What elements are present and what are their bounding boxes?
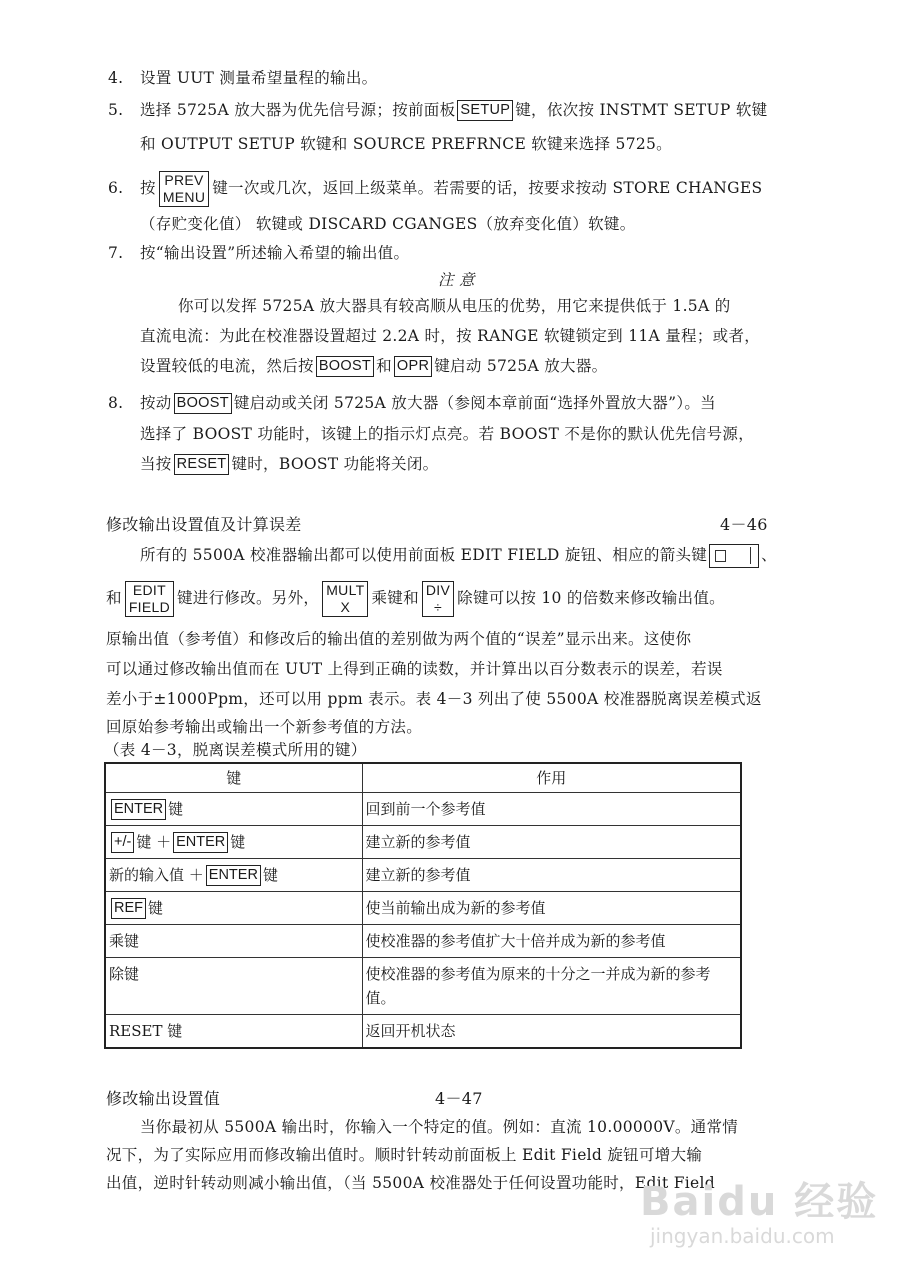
cell-text: 键 bbox=[263, 866, 278, 884]
key-cell: ENTER键 bbox=[105, 793, 362, 826]
key-label-top: DIV bbox=[426, 582, 450, 599]
para-text: 除键可以按 10 的倍数来修改输出值。 bbox=[457, 589, 725, 607]
key-label-top: PREV bbox=[163, 172, 205, 189]
step-number: 6. bbox=[108, 168, 140, 208]
keys-table: 键 作用 ENTER键 回到前一个参考值 +/-键 ＋ENTER键 建立新的参考… bbox=[104, 762, 742, 1049]
watermark-logo: Baidu 经验 bbox=[640, 1180, 878, 1224]
note-text: 键启动 5725A 放大器。 bbox=[434, 357, 607, 375]
boost-key: BOOST bbox=[316, 356, 374, 377]
section1-para2-line3: 差小于±1000Ppm，还可以用 ppm 表示。表 4－3 列出了使 5500A… bbox=[106, 687, 762, 711]
section2-line1: 当你最初从 5500A 输出时，你输入一个特定的值。例如：直流 10.00000… bbox=[140, 1115, 738, 1139]
enter-key: ENTER bbox=[206, 865, 261, 886]
key-cell: REF键 bbox=[105, 892, 362, 925]
table-row: 乘键 使校准器的参考值扩大十倍并成为新的参考值 bbox=[105, 925, 741, 958]
note-title: 注 意 bbox=[438, 268, 475, 292]
note-line-1: 你可以发挥 5725A 放大器具有较高顺从电压的优势，用它来提供低于 1.5A … bbox=[178, 294, 731, 318]
step-text: 按 bbox=[140, 179, 156, 197]
key-cell: 除键 bbox=[105, 958, 362, 1015]
cell-text: 新的输入值 ＋ bbox=[109, 866, 204, 884]
step-text: 键，依次按 INSTMT SETUP 软键 bbox=[515, 101, 767, 119]
note-text: 和 bbox=[376, 357, 392, 375]
step-6-continued: （存贮变化值） 软键或 DISCARD CGANGES（放弃变化值）软键。 bbox=[140, 212, 636, 236]
section1-para2-line2: 可以通过修改输出值而在 UUT 上得到正确的读数，并计算出以百分数表示的误差，若… bbox=[106, 657, 723, 681]
reset-key: RESET bbox=[174, 454, 230, 475]
setup-key: SETUP bbox=[457, 100, 513, 121]
step-5-continued: 和 OUTPUT SETUP 软键和 SOURCE PREFRNCE 软键来选择… bbox=[140, 132, 672, 156]
action-cell: 使校准器的参考值为原来的十分之一并成为新的参考值。 bbox=[362, 958, 741, 1015]
div-key: DIV÷ bbox=[422, 581, 454, 617]
table-row: RESET 键 返回开机状态 bbox=[105, 1015, 741, 1049]
step-5: 5.选择 5725A 放大器为优先信号源；按前面板SETUP键，依次按 INST… bbox=[108, 98, 767, 122]
cell-text: 使校准器的参考值为原来的十分之一并成为新的参考值。 bbox=[366, 965, 711, 1007]
step-8: 8.按动BOOST键启动或关闭 5725A 放大器（参阅本章前面“选择外置放大器… bbox=[108, 391, 716, 415]
section2-line3: 出值，逆时针转动则减小输出值，（当 5500A 校准器处于任何设置功能时，Edi… bbox=[106, 1171, 715, 1195]
key-label-bottom: ÷ bbox=[426, 599, 450, 616]
table-caption: （表 4－3，脱离误差模式所用的键） bbox=[104, 738, 367, 762]
step-number: 8. bbox=[108, 391, 140, 415]
action-cell: 使校准器的参考值扩大十倍并成为新的参考值 bbox=[362, 925, 741, 958]
enter-key: ENTER bbox=[173, 832, 228, 853]
section-heading: 修改输出设置值 bbox=[106, 1087, 220, 1111]
key-cell: 乘键 bbox=[105, 925, 362, 958]
step-text: 当按 bbox=[140, 455, 172, 473]
key-cell: +/-键 ＋ENTER键 bbox=[105, 826, 362, 859]
cell-text: 键 ＋ bbox=[136, 833, 171, 851]
para-text: 乘键和 bbox=[371, 589, 418, 607]
step-number: 5. bbox=[108, 98, 140, 122]
key-label-top: EDIT bbox=[129, 582, 170, 599]
step-text: 和 OUTPUT SETUP 软键和 SOURCE PREFRNCE 软键来选择… bbox=[140, 135, 672, 153]
section1-para1-line1: 所有的 5500A 校准器输出都可以使用前面板 EDIT FIELD 旋钮、相应… bbox=[140, 543, 777, 568]
prev-menu-key: PREVMENU bbox=[159, 171, 209, 207]
key-cell: RESET 键 bbox=[105, 1015, 362, 1049]
para-text: 、 bbox=[761, 546, 777, 564]
note-line-3: 设置较低的电流，然后按BOOST和OPR键启动 5725A 放大器。 bbox=[140, 354, 607, 378]
section-heading: 修改输出设置值及计算误差 bbox=[106, 513, 302, 537]
step-6: 6.按PREVMENU键一次或几次，返回上级菜单。若需要的话，按要求按动 STO… bbox=[108, 168, 762, 208]
step-text: 按动 bbox=[140, 394, 172, 412]
step-4: 4.设置 UUT 测量希望量程的输出。 bbox=[108, 66, 377, 90]
action-cell: 返回开机状态 bbox=[362, 1015, 741, 1049]
baidu-watermark: Baidu 经验 jingyan.baidu.com bbox=[640, 1180, 878, 1248]
para-text: 键进行修改。另外， bbox=[177, 589, 319, 607]
section1-para1-line2: 和EDITFIELD键进行修改。另外，MULTX乘键和DIV÷除键可以按 10 … bbox=[106, 578, 725, 618]
step-text: 设置 UUT 测量希望量程的输出。 bbox=[140, 69, 377, 87]
step-7: 7.按“输出设置”所述输入希望的输出值。 bbox=[108, 241, 409, 265]
note-text: 设置较低的电流，然后按 bbox=[140, 357, 314, 375]
opr-key: OPR bbox=[394, 356, 432, 377]
step-text: 选择 5725A 放大器为优先信号源；按前面板 bbox=[140, 101, 455, 119]
para-text: 和 bbox=[106, 589, 122, 607]
ref-key: REF bbox=[111, 898, 146, 919]
section-number: 4－47 bbox=[435, 1087, 483, 1111]
key-label-bottom: MENU bbox=[163, 189, 205, 206]
arrow-keys-icon bbox=[709, 544, 759, 568]
action-cell: 回到前一个参考值 bbox=[362, 793, 741, 826]
section2-line2: 况下，为了实际应用而修改输出值时。顺时针转动前面板上 Edit Field 旋钮… bbox=[106, 1143, 702, 1167]
step-text: （存贮变化值） 软键或 DISCARD CGANGES（放弃变化值）软键。 bbox=[140, 215, 636, 233]
action-cell: 使当前输出成为新的参考值 bbox=[362, 892, 741, 925]
step-number: 7. bbox=[108, 241, 140, 265]
watermark-url: jingyan.baidu.com bbox=[650, 1224, 878, 1248]
step-text: 键启动或关闭 5725A 放大器（参阅本章前面“选择外置放大器”）。当 bbox=[234, 394, 716, 412]
table-row: 新的输入值 ＋ENTER键 建立新的参考值 bbox=[105, 859, 741, 892]
table-row: 除键 使校准器的参考值为原来的十分之一并成为新的参考值。 bbox=[105, 958, 741, 1015]
cell-text: 键 bbox=[230, 833, 245, 851]
column-header-key: 键 bbox=[105, 763, 362, 793]
enter-key: ENTER bbox=[111, 799, 166, 820]
cell-text: 键 bbox=[148, 899, 163, 917]
key-label-top: MULT bbox=[326, 582, 364, 599]
step-8-line-3: 当按RESET键时，BOOST 功能将关闭。 bbox=[140, 452, 438, 476]
action-cell: 建立新的参考值 bbox=[362, 859, 741, 892]
table-row: +/-键 ＋ENTER键 建立新的参考值 bbox=[105, 826, 741, 859]
step-8-line-2: 选择了 BOOST 功能时，该键上的指示灯点亮。若 BOOST 不是你的默认优先… bbox=[140, 422, 754, 446]
document-page: 4.设置 UUT 测量希望量程的输出。 5.选择 5725A 放大器为优先信号源… bbox=[0, 0, 904, 1280]
table-row: ENTER键 回到前一个参考值 bbox=[105, 793, 741, 826]
key-label-bottom: FIELD bbox=[129, 599, 170, 616]
plus-minus-key: +/- bbox=[111, 832, 134, 853]
cell-text: 键 bbox=[168, 800, 183, 818]
table-row: REF键 使当前输出成为新的参考值 bbox=[105, 892, 741, 925]
section1-para2-line1: 原输出值（参考值）和修改后的输出值的差别做为两个值的“误差”显示出来。这使你 bbox=[106, 627, 691, 651]
table-header-row: 键 作用 bbox=[105, 763, 741, 793]
mult-key: MULTX bbox=[322, 581, 368, 617]
edit-field-key: EDITFIELD bbox=[125, 581, 174, 617]
action-cell: 建立新的参考值 bbox=[362, 826, 741, 859]
column-header-action: 作用 bbox=[362, 763, 741, 793]
para-text: 所有的 5500A 校准器输出都可以使用前面板 EDIT FIELD 旋钮、相应… bbox=[140, 546, 707, 564]
step-text: 按“输出设置”所述输入希望的输出值。 bbox=[140, 244, 409, 262]
boost-key: BOOST bbox=[174, 393, 232, 414]
step-text: 键时，BOOST 功能将关闭。 bbox=[231, 455, 438, 473]
step-text: 键一次或几次，返回上级菜单。若需要的话，按要求按动 STORE CHANGES bbox=[212, 179, 762, 197]
section-number: 4－46 bbox=[720, 513, 768, 537]
step-number: 4. bbox=[108, 66, 140, 90]
key-label-bottom: X bbox=[326, 599, 364, 616]
key-cell: 新的输入值 ＋ENTER键 bbox=[105, 859, 362, 892]
section1-para2-line4: 回原始参考输出或输出一个新参考值的方法。 bbox=[106, 715, 422, 739]
note-line-2: 直流电流：为此在校准器设置超过 2.2A 时，按 RANGE 软键锁定到 11A… bbox=[140, 324, 760, 348]
